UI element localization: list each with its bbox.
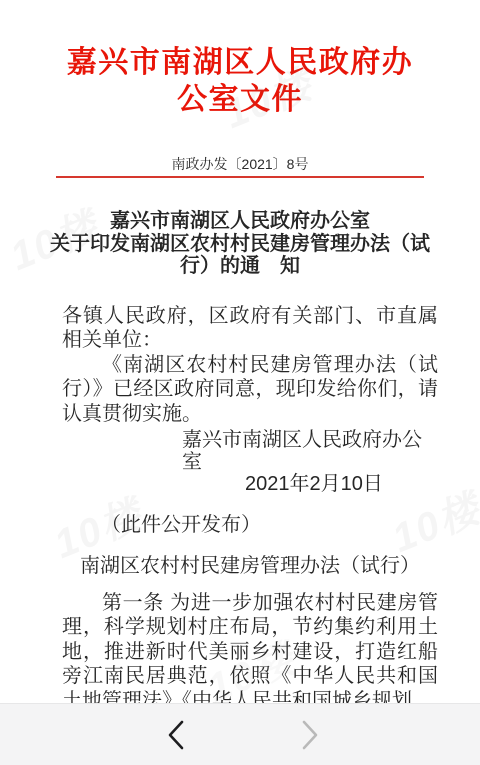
notice-body-paragraph: 《南湖区农村村民建房管理办法（试行）》已经区政府同意，现印发给你们，请认真贯彻实… <box>62 353 438 427</box>
signature-date: 2021年2月10日 <box>245 473 438 495</box>
document-body: 各镇人民政府，区政府有关部门、市直属相关单位： 《南湖区农村村民建房管理办法（试… <box>62 304 438 714</box>
signature-block: 嘉兴市南湖区人民政府办公室 2021年2月10日 <box>62 429 438 495</box>
signature-org: 嘉兴市南湖区人民政府办公室 <box>182 429 438 473</box>
addressee-line: 各镇人民政府，区政府有关部门、市直属相关单位： <box>62 304 438 353</box>
bottom-navbar <box>0 703 480 765</box>
red-divider <box>56 176 424 178</box>
notice-title: 嘉兴市南湖区人民政府办公室 关于印发南湖区农村村民建房管理办法（试行）的通 知 <box>47 210 433 278</box>
chevron-left-icon <box>166 719 186 754</box>
regulation-article-1: 第一条 为进一步加强农村村民建房管理，科学规划村庄布局，节约集约利用土地，推进新… <box>62 591 438 714</box>
letterhead-title: 嘉兴市南湖区人民政府办公室文件 <box>65 44 415 118</box>
notice-title-subject: 关于印发南湖区农村村民建房管理办法（试行）的通 知 <box>47 233 433 278</box>
document-number: 南政办发〔2021〕8号 <box>0 155 480 173</box>
back-button[interactable] <box>158 718 194 754</box>
publish-note: （此件公开发布） <box>101 513 438 538</box>
regulation-title: 南湖区农村村民建房管理办法（试行） <box>62 554 438 578</box>
chevron-right-icon <box>300 719 320 754</box>
document-page: 10楼 10楼 10楼 10楼 10楼 嘉兴市南湖区人民政府办公室文件 南政办发… <box>0 0 480 765</box>
forward-button[interactable] <box>292 718 328 754</box>
notice-title-org: 嘉兴市南湖区人民政府办公室 <box>47 210 433 233</box>
